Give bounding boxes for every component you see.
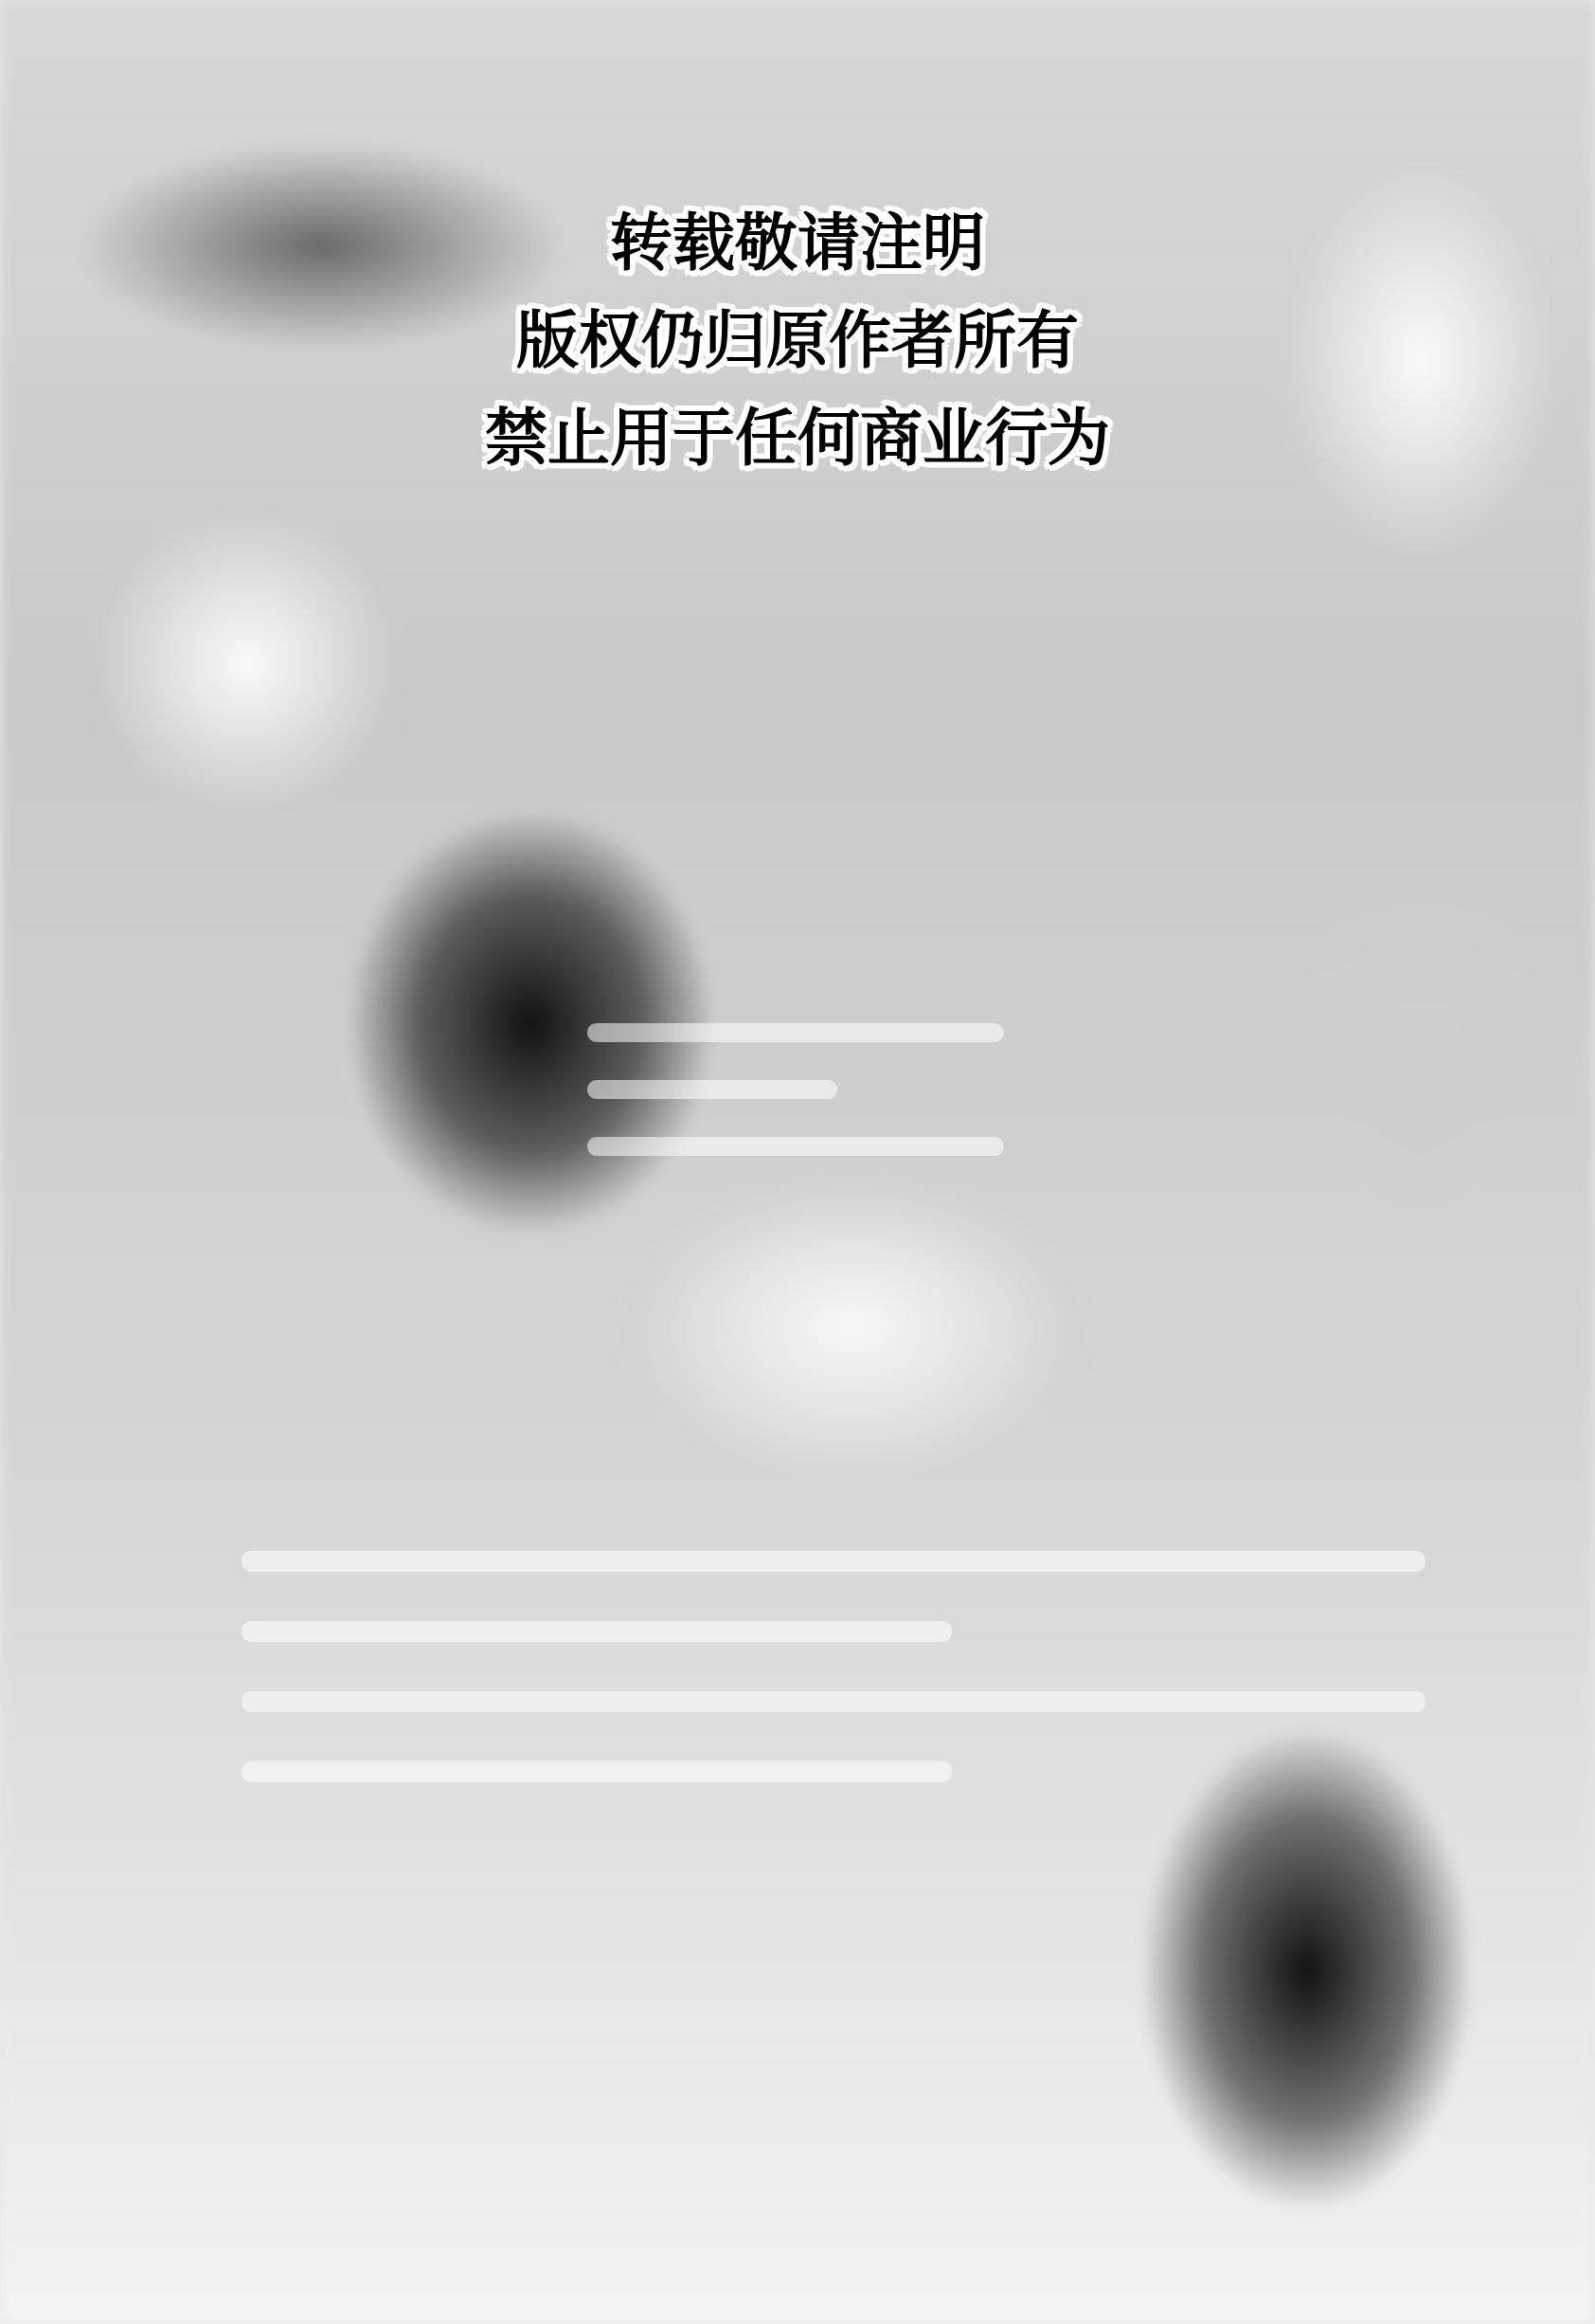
disclaimer-line: 版权仍归原作者所有 bbox=[0, 292, 1595, 389]
omitted-row bbox=[242, 1691, 1425, 1712]
disclaimer-block: 转载敬请注明 版权仍归原作者所有 禁止用于任何商业行为 bbox=[0, 194, 1595, 487]
omitted-row bbox=[242, 1551, 1425, 1572]
disclaimer-line: 禁止用于任何商业行为 bbox=[0, 389, 1595, 487]
omitted-row bbox=[587, 1080, 837, 1099]
omitted-row bbox=[587, 1137, 1004, 1156]
staff-credits-omitted bbox=[587, 985, 1004, 1383]
omitted-row bbox=[242, 1761, 952, 1782]
disclaimer-line: 转载敬请注明 bbox=[0, 194, 1595, 292]
omitted-row bbox=[242, 1621, 952, 1642]
omitted-row bbox=[587, 1023, 1004, 1042]
credits-page: 转载敬请注明 版权仍归原作者所有 禁止用于任何商业行为 bbox=[0, 0, 1595, 2324]
recruitment-notice-omitted bbox=[242, 1502, 1425, 2184]
